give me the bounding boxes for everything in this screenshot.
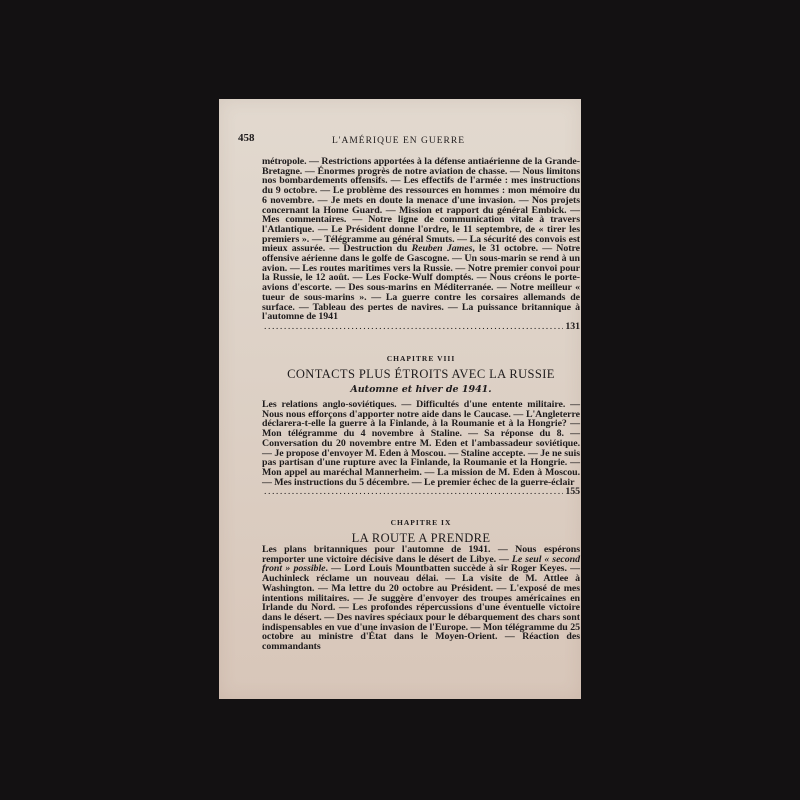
- toc-leader-line: ........................................…: [262, 487, 580, 497]
- chapter-8-summary: Les relations anglo-soviétiques. — Diffi…: [262, 400, 580, 497]
- chapter-9-summary: Les plans britanniques pour l'automne de…: [262, 545, 580, 652]
- dot-leader: ........................................…: [264, 487, 563, 497]
- book-page: 458 L'AMÉRIQUE EN GUERRE métropole. — Re…: [219, 99, 581, 699]
- running-head: L'AMÉRIQUE EN GUERRE: [238, 136, 559, 146]
- chapter-label: CHAPITRE IX: [262, 518, 580, 527]
- summary-text: Les relations anglo-soviétiques. — Diffi…: [262, 399, 580, 488]
- continued-toc-entry: métropole. — Restrictions apportées à la…: [262, 157, 580, 332]
- summary-text-after: . — Lord Louis Mountbatten succède à sir…: [262, 563, 580, 652]
- entry-text-after: , le 31 octobre. — Notre offensive aérie…: [262, 243, 580, 322]
- page-header: 458 L'AMÉRIQUE EN GUERRE: [238, 132, 559, 150]
- page-reference: 131: [565, 322, 580, 332]
- chapter-9-heading: CHAPITRE IX LA ROUTE A PRENDRE: [262, 518, 580, 546]
- chapter-label: CHAPITRE VIII: [262, 354, 580, 363]
- chapter-8-heading: CHAPITRE VIII CONTACTS PLUS ÉTROITS AVEC…: [262, 354, 580, 395]
- page-reference: 155: [565, 487, 580, 497]
- toc-leader-line: ........................................…: [262, 322, 580, 332]
- chapter-title: CONTACTS PLUS ÉTROITS AVEC LA RUSSIE: [262, 367, 580, 382]
- chapter-subtitle: Automne et hiver de 1941.: [262, 384, 580, 395]
- entry-text: métropole. — Restrictions apportées à la…: [262, 156, 580, 254]
- dot-leader: ........................................…: [264, 322, 563, 332]
